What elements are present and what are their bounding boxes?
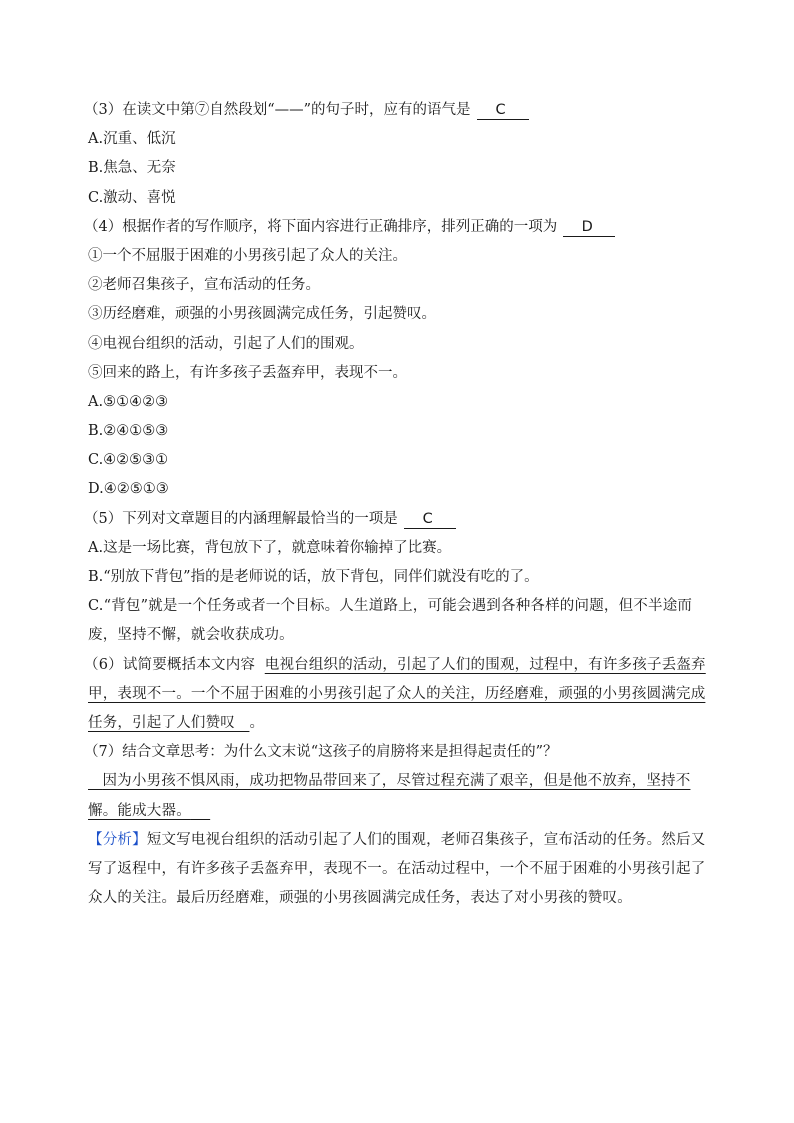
question-5-stem: （5）下列对文章题目的内涵理解最恰当的一项是C xyxy=(88,505,718,534)
answer-blank: D xyxy=(563,218,615,237)
analysis-text: 短文写电视台组织的活动引起了人们的围观，老师召集孩子，宣布活动的任务。然后又写了… xyxy=(88,832,705,906)
document-page: （3）在读文中第⑦自然段划“——”的句子时，应有的语气是C A.沉重、低沉 B.… xyxy=(88,96,718,913)
q4-item-2: ②老师召集孩子，宣布活动的任务。 xyxy=(88,271,718,300)
question-text: （3）在读文中第⑦自然段划“——”的句子时，应有的语气是 xyxy=(84,102,471,118)
question-text: （5）下列对文章题目的内涵理解最恰当的一项是 xyxy=(84,511,398,527)
question-4-stem: （4）根据作者的写作顺序，将下面内容进行正确排序，排列正确的一项为D xyxy=(88,213,718,242)
question-6: （6）试简要概括本文内容 电视台组织的活动，引起了人们的围观，过程中，有许多孩子… xyxy=(88,651,718,739)
answer-text: 因为小男孩不惧风雨，成功把物品带回来了，尽管过程充满了艰辛，但是他不放弃，坚持不… xyxy=(88,773,690,818)
q4-option-c: C.④②⑤③① xyxy=(88,446,718,475)
q5-option-c: C.“背包”就是一个任务或者一个目标。人生道路上，可能会遇到各种各样的问题，但不… xyxy=(88,592,718,650)
question-7-answer: 因为小男孩不惧风雨，成功把物品带回来了，尽管过程充满了艰辛，但是他不放弃，坚持不… xyxy=(88,767,718,825)
q4-item-1: ①一个不屈服于困难的小男孩引起了众人的关注。 xyxy=(88,242,718,271)
q3-option-b: B.焦急、无奈 xyxy=(88,154,718,183)
q5-option-a: A.这是一场比赛，背包放下了，就意味着你输掉了比赛。 xyxy=(88,534,718,563)
q4-item-3: ③历经磨难，顽强的小男孩圆满完成任务，引起赞叹。 xyxy=(88,300,718,329)
analysis-tag: 【分析】 xyxy=(88,832,147,848)
question-text: （4）根据作者的写作顺序，将下面内容进行正确排序，排列正确的一项为 xyxy=(84,219,557,235)
question-text: （6）试简要概括本文内容 xyxy=(84,657,255,673)
question-7-stem: （7）结合文章思考：为什么文末说“这孩子的肩膀将来是担得起责任的”？ xyxy=(88,738,718,767)
q4-item-4: ④电视台组织的活动，引起了人们的围观。 xyxy=(88,330,718,359)
q3-option-a: A.沉重、低沉 xyxy=(88,125,718,154)
answer-blank: C xyxy=(404,510,456,529)
q4-option-d: D.④②⑤①③ xyxy=(88,475,718,504)
q3-option-c: C.激动、喜悦 xyxy=(88,184,718,213)
q4-option-b: B.②④①⑤③ xyxy=(88,417,718,446)
q4-item-5: ⑤回来的路上，有许多孩子丢盔弃甲，表现不一。 xyxy=(88,359,718,388)
period: 。 xyxy=(249,715,264,731)
answer-blank: C xyxy=(477,101,529,120)
question-3-stem: （3）在读文中第⑦自然段划“——”的句子时，应有的语气是C xyxy=(88,96,718,125)
analysis-paragraph: 【分析】短文写电视台组织的活动引起了人们的围观，老师召集孩子，宣布活动的任务。然… xyxy=(88,826,718,914)
q4-option-a: A.⑤①④②③ xyxy=(88,388,718,417)
q5-option-b: B.“别放下背包”指的是老师说的话，放下背包，同伴们就没有吃的了。 xyxy=(88,563,718,592)
